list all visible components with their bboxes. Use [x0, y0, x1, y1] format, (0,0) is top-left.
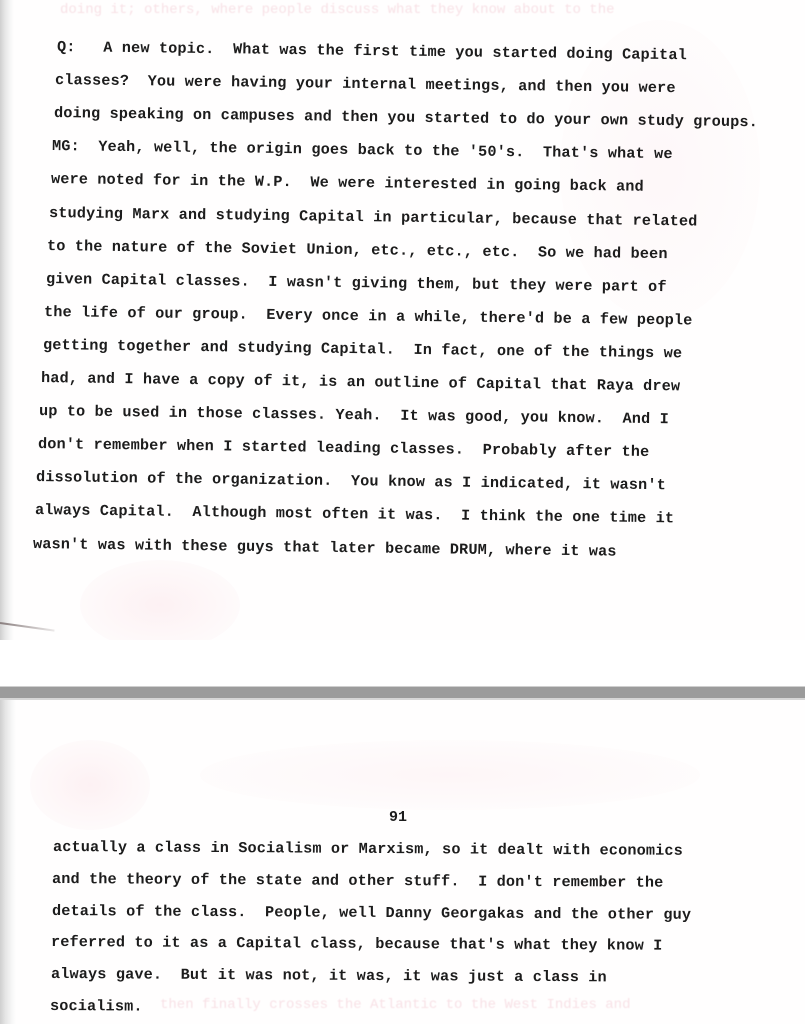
page-edge-shadow	[0, 0, 14, 640]
transcript-line: always gave. But it was not, it was, it …	[51, 965, 607, 986]
page-gap	[0, 640, 805, 686]
paper-stain	[560, 20, 760, 320]
transcript-line: actually a class in Socialism or Marxism…	[53, 838, 683, 860]
page-edge-shadow	[0, 700, 16, 1024]
transcript-line: getting together and studying Capital. I…	[42, 336, 681, 362]
transcript-line: don't remember when I started leading cl…	[38, 435, 650, 461]
page-number: 91	[389, 809, 407, 826]
transcript-line: and the theory of the state and other st…	[52, 870, 664, 892]
transcript-line: up to be used in those classes. Yeah. It…	[39, 402, 669, 428]
transcript-line: dissolution of the organization. You kno…	[36, 468, 666, 494]
transcript-page-2: 91 then finally crosses the Atlantic to …	[0, 700, 805, 1024]
transcript-line: given Capital classes. I wasn't giving t…	[46, 270, 667, 296]
transcript-line: wasn't was with these guys that later be…	[33, 535, 617, 561]
page-divider	[0, 686, 805, 700]
bleed-through-text: then finally crosses the Atlantic to the…	[160, 997, 630, 1013]
bleed-through-text: doing it; others, where people discuss w…	[60, 2, 615, 18]
transcript-line: had, and I have a copy of it, is an outl…	[41, 369, 680, 395]
transcript-line: socialism.	[50, 997, 143, 1016]
transcript-line: Q: A new topic. What was the first time …	[57, 38, 687, 64]
paper-stain	[80, 560, 240, 640]
paper-stain	[200, 740, 700, 810]
transcript-line: the life of our group. Every once in a w…	[44, 303, 693, 329]
paper-stain	[30, 740, 150, 830]
transcript-line: details of the class. People, well Danny…	[52, 902, 691, 924]
transcript-line: referred to it as a Capital class, becau…	[51, 933, 663, 955]
transcript-page-1: doing it; others, where people discuss w…	[0, 0, 805, 640]
transcript-line: were noted for in the W.P. We were inter…	[50, 170, 643, 196]
transcript-line: always Capital. Although most often it w…	[34, 501, 673, 527]
